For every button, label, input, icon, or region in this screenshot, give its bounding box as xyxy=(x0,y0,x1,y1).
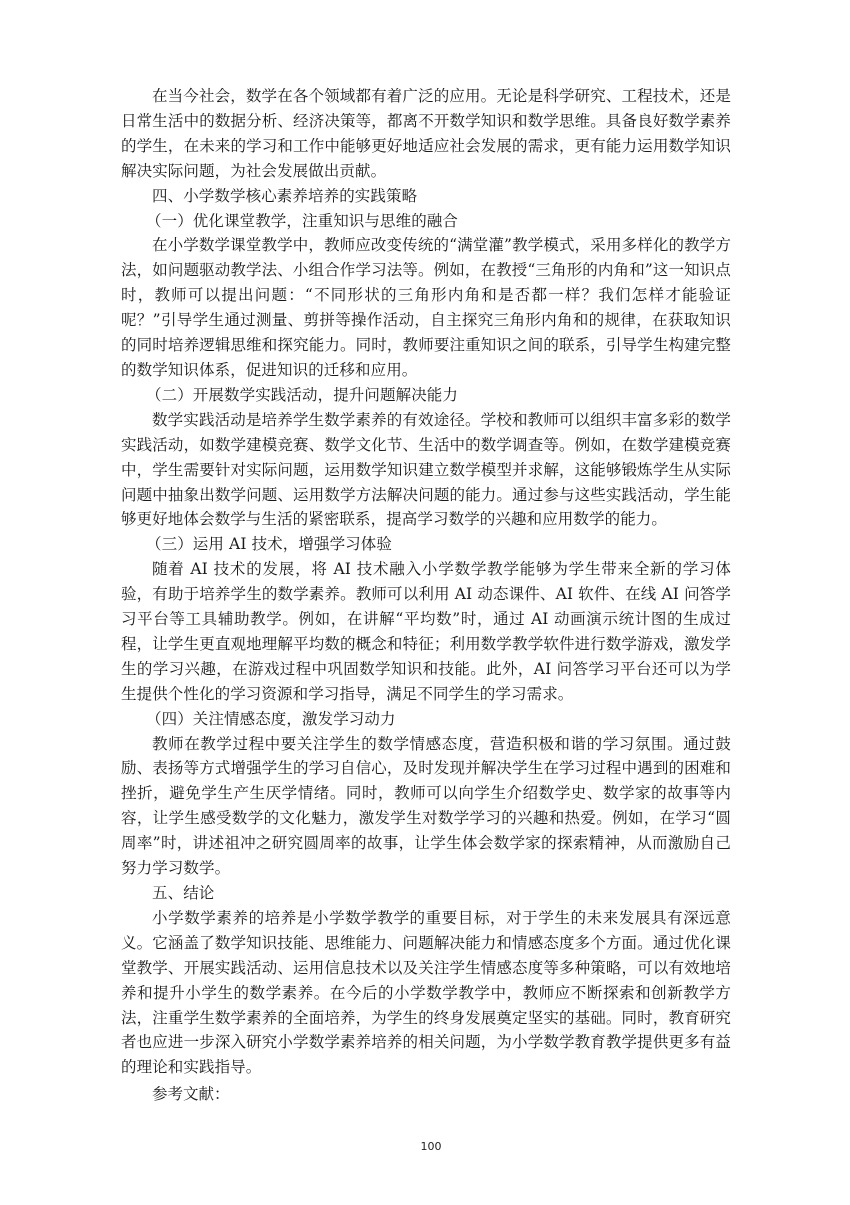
subheading-optimize-classroom: （一）优化课堂教学，注重知识与思维的融合 xyxy=(121,209,731,234)
subheading-ai-technology: （三）运用 AI 技术，增强学习体验 xyxy=(121,532,731,557)
paragraph-intro-context: 在当今社会，数学在各个领域都有着广泛的应用。无论是科学研究、工程技术，还是日常生… xyxy=(121,84,731,184)
document-body: 在当今社会，数学在各个领域都有着广泛的应用。无论是科学研究、工程技术，还是日常生… xyxy=(121,84,731,1080)
paragraph-optimize-classroom: 在小学数学课堂教学中，教师应改变传统的“满堂灌”教学模式，采用多样化的教学方法，… xyxy=(121,233,731,382)
subheading-emotional-attitude: （四）关注情感态度，激发学习动力 xyxy=(121,707,731,732)
paragraph-practice-activities: 数学实践活动是培养学生数学素养的有效途径。学校和教师可以组织丰富多彩的数学实践活… xyxy=(121,408,731,533)
paragraph-ai-technology: 随着 AI 技术的发展，将 AI 技术融入小学数学教学能够为学生带来全新的学习体… xyxy=(121,557,731,706)
subheading-practice-activities: （二）开展数学实践活动，提升问题解决能力 xyxy=(121,383,731,408)
references-label: 参考文献： xyxy=(152,1082,230,1107)
paragraph-conclusion: 小学数学素养的培养是小学数学教学的重要目标，对于学生的未来发展具有深远意义。它涵… xyxy=(121,906,731,1080)
section-heading-conclusion: 五、结论 xyxy=(121,881,731,906)
paragraph-emotional-attitude: 教师在教学过程中要关注学生的数学情感态度，营造积极和谐的学习氛围。通过鼓励、表扬… xyxy=(121,732,731,881)
section-heading-strategies: 四、小学数学核心素养培养的实践策略 xyxy=(121,184,731,209)
page-number: 100 xyxy=(0,1140,850,1153)
